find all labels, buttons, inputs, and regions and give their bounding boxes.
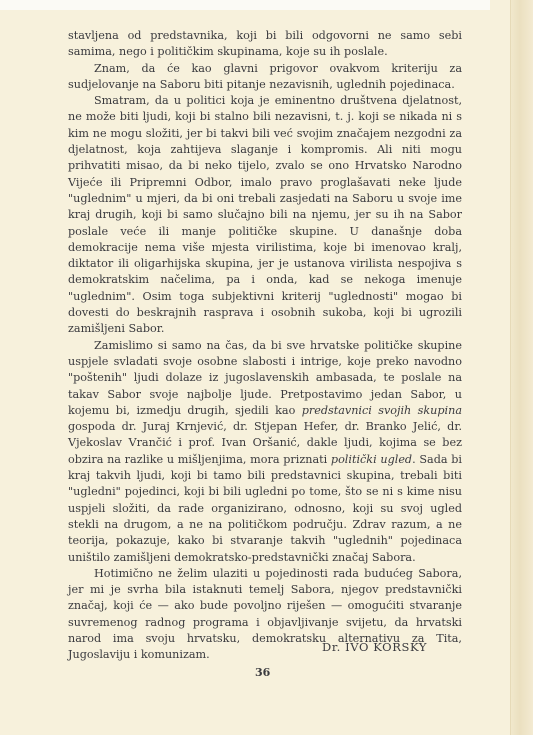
emphasis-predstavnici-skupina: predstavnici svojih skupina [302, 404, 462, 417]
document-page-body: stavljena od predstavnika, koji bi bili … [68, 28, 462, 664]
paragraph-1: stavljena od predstavnika, koji bi bili … [68, 28, 462, 61]
paragraph-4-text-c: . Sada bi kraj takvih ljudi, koji bi tam… [68, 453, 462, 564]
paragraph-2: Znam, da će kao glavni prigovor ovakvom … [68, 61, 462, 94]
paragraph-3: Smatram, da u politici koja je eminentno… [68, 93, 462, 337]
paragraph-4: Zamislimo si samo na čas, da bi sve hrva… [68, 338, 462, 566]
page-binding-edge [510, 0, 533, 735]
author-signature: Dr. IVO KORSKY [322, 640, 427, 654]
scan-top-margin [0, 0, 490, 10]
page-number: 36 [255, 666, 270, 679]
emphasis-politicki-ugled: politički ugled [331, 453, 412, 466]
